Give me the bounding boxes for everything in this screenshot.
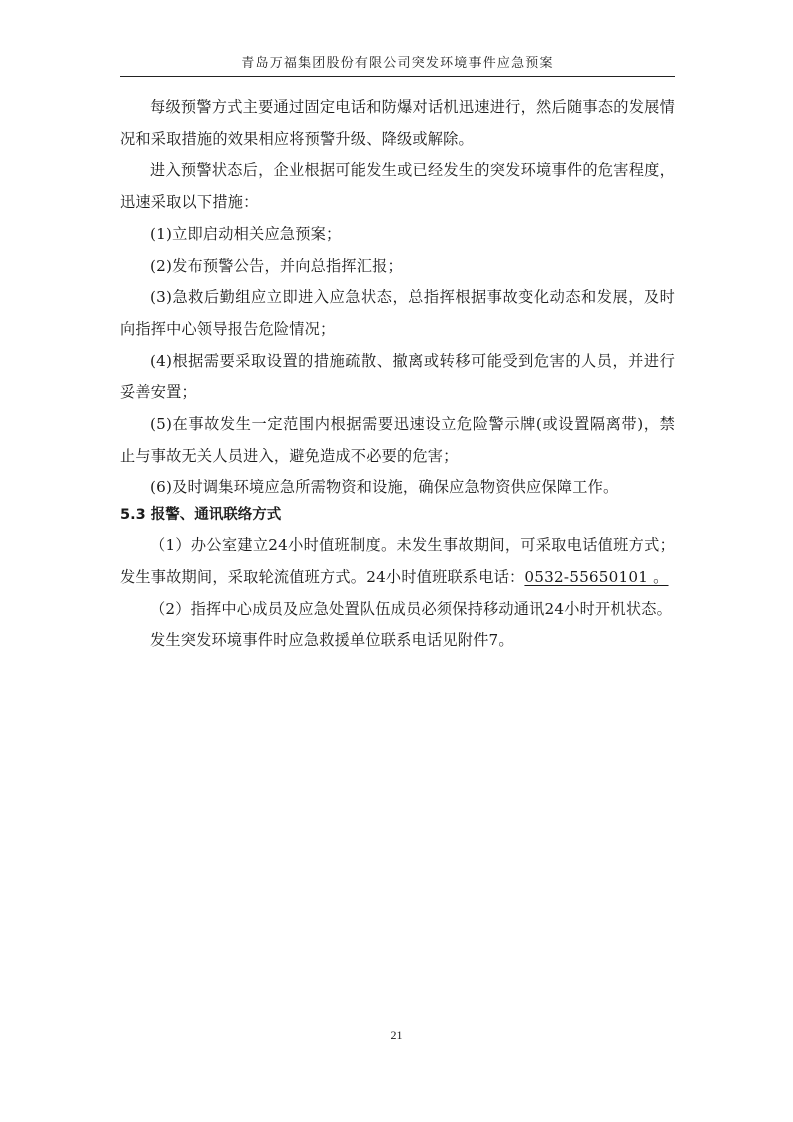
page-number: 21 [0,1028,793,1043]
measure-item-4: (4)根据需要采取设置的措施疏散、撤离或转移可能受到危害的人员，并进行妥善安置； [120,346,675,409]
duty-phone-number: 0532-55650101 。 [524,568,668,586]
paragraph-warning-method: 每级预警方式主要通过固定电话和防爆对话机迅速进行，然后随事态的发展情况和采取措施… [120,92,675,155]
measure-item-5: (5)在事故发生一定范围内根据需要迅速设立危险警示牌(或设置隔离带)，禁止与事故… [120,409,675,472]
header-divider [120,76,675,77]
section-heading-5-3: 5.3 报警、通讯联络方式 [120,502,675,528]
paragraph-duty-system: （1）办公室建立24小时值班制度。未发生事故期间，可采取电话值班方式；发生事故期… [120,530,675,593]
paragraph-warning-state: 进入预警状态后，企业根据可能发生或已经发生的突发环境事件的危害程度，迅速采取以下… [120,155,675,218]
paragraph-mobile-communication: （2）指挥中心成员及应急处置队伍成员必须保持移动通讯24小时开机状态。 [120,594,675,626]
measure-item-2: (2)发布预警公告，并向总指挥汇报； [120,251,675,283]
measure-item-3: (3)急救后勤组应立即进入应急状态，总指挥根据事故变化动态和发展，及时向指挥中心… [120,282,675,345]
measure-item-1: (1)立即启动相关应急预案； [120,219,675,251]
paragraph-rescue-contacts: 发生突发环境事件时应急救援单位联系电话见附件7。 [120,625,675,657]
document-body: 每级预警方式主要通过固定电话和防爆对话机迅速进行，然后随事态的发展情况和采取措施… [120,92,675,657]
document-header-title: 青岛万福集团股份有限公司突发环境事件应急预案 [120,56,675,72]
measure-item-6: (6)及时调集环境应急所需物资和设施，确保应急物资供应保障工作。 [120,472,675,504]
